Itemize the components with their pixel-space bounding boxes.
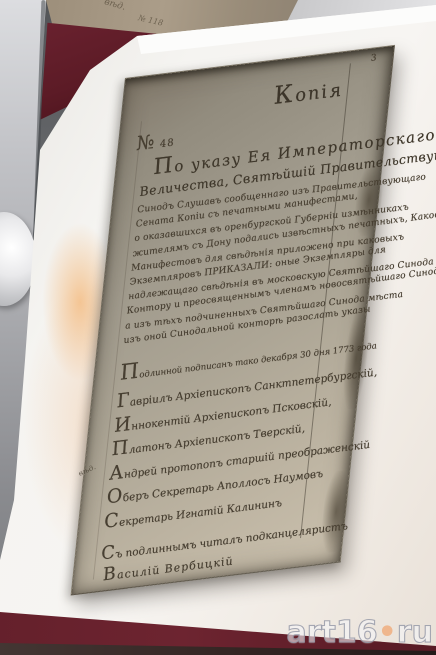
round-object — [0, 212, 36, 306]
background-document-scribble: № 118 — [137, 13, 164, 27]
watermark: art16•ru — [287, 615, 433, 650]
background-document-scribble: вѣд. — [103, 0, 127, 13]
manuscript-page: 3 Копія № 48 По указу Ея Императорскаго … — [71, 45, 395, 596]
page-number: 3 — [371, 53, 378, 64]
display-frame-strip — [0, 0, 46, 578]
museum-exhibit-photo: вѣд. № 118 3 Копія № 48 По указу Ея Импе… — [0, 0, 436, 655]
watermark-dot-icon: • — [378, 615, 397, 650]
body-text: Синодъ Слушавъ сообщеннаго изъ Правитель… — [123, 175, 367, 348]
frame-groove-line — [31, 0, 46, 310]
watermark-text-left: art16 — [287, 615, 378, 650]
margin-note: вѣд. — [77, 464, 97, 478]
background-document: вѣд. № 118 — [46, 0, 298, 60]
watermark-text-right: ru — [397, 615, 433, 650]
signatures: Гавріилъ Архіепископъ Санктпетербургскій… — [103, 363, 346, 535]
